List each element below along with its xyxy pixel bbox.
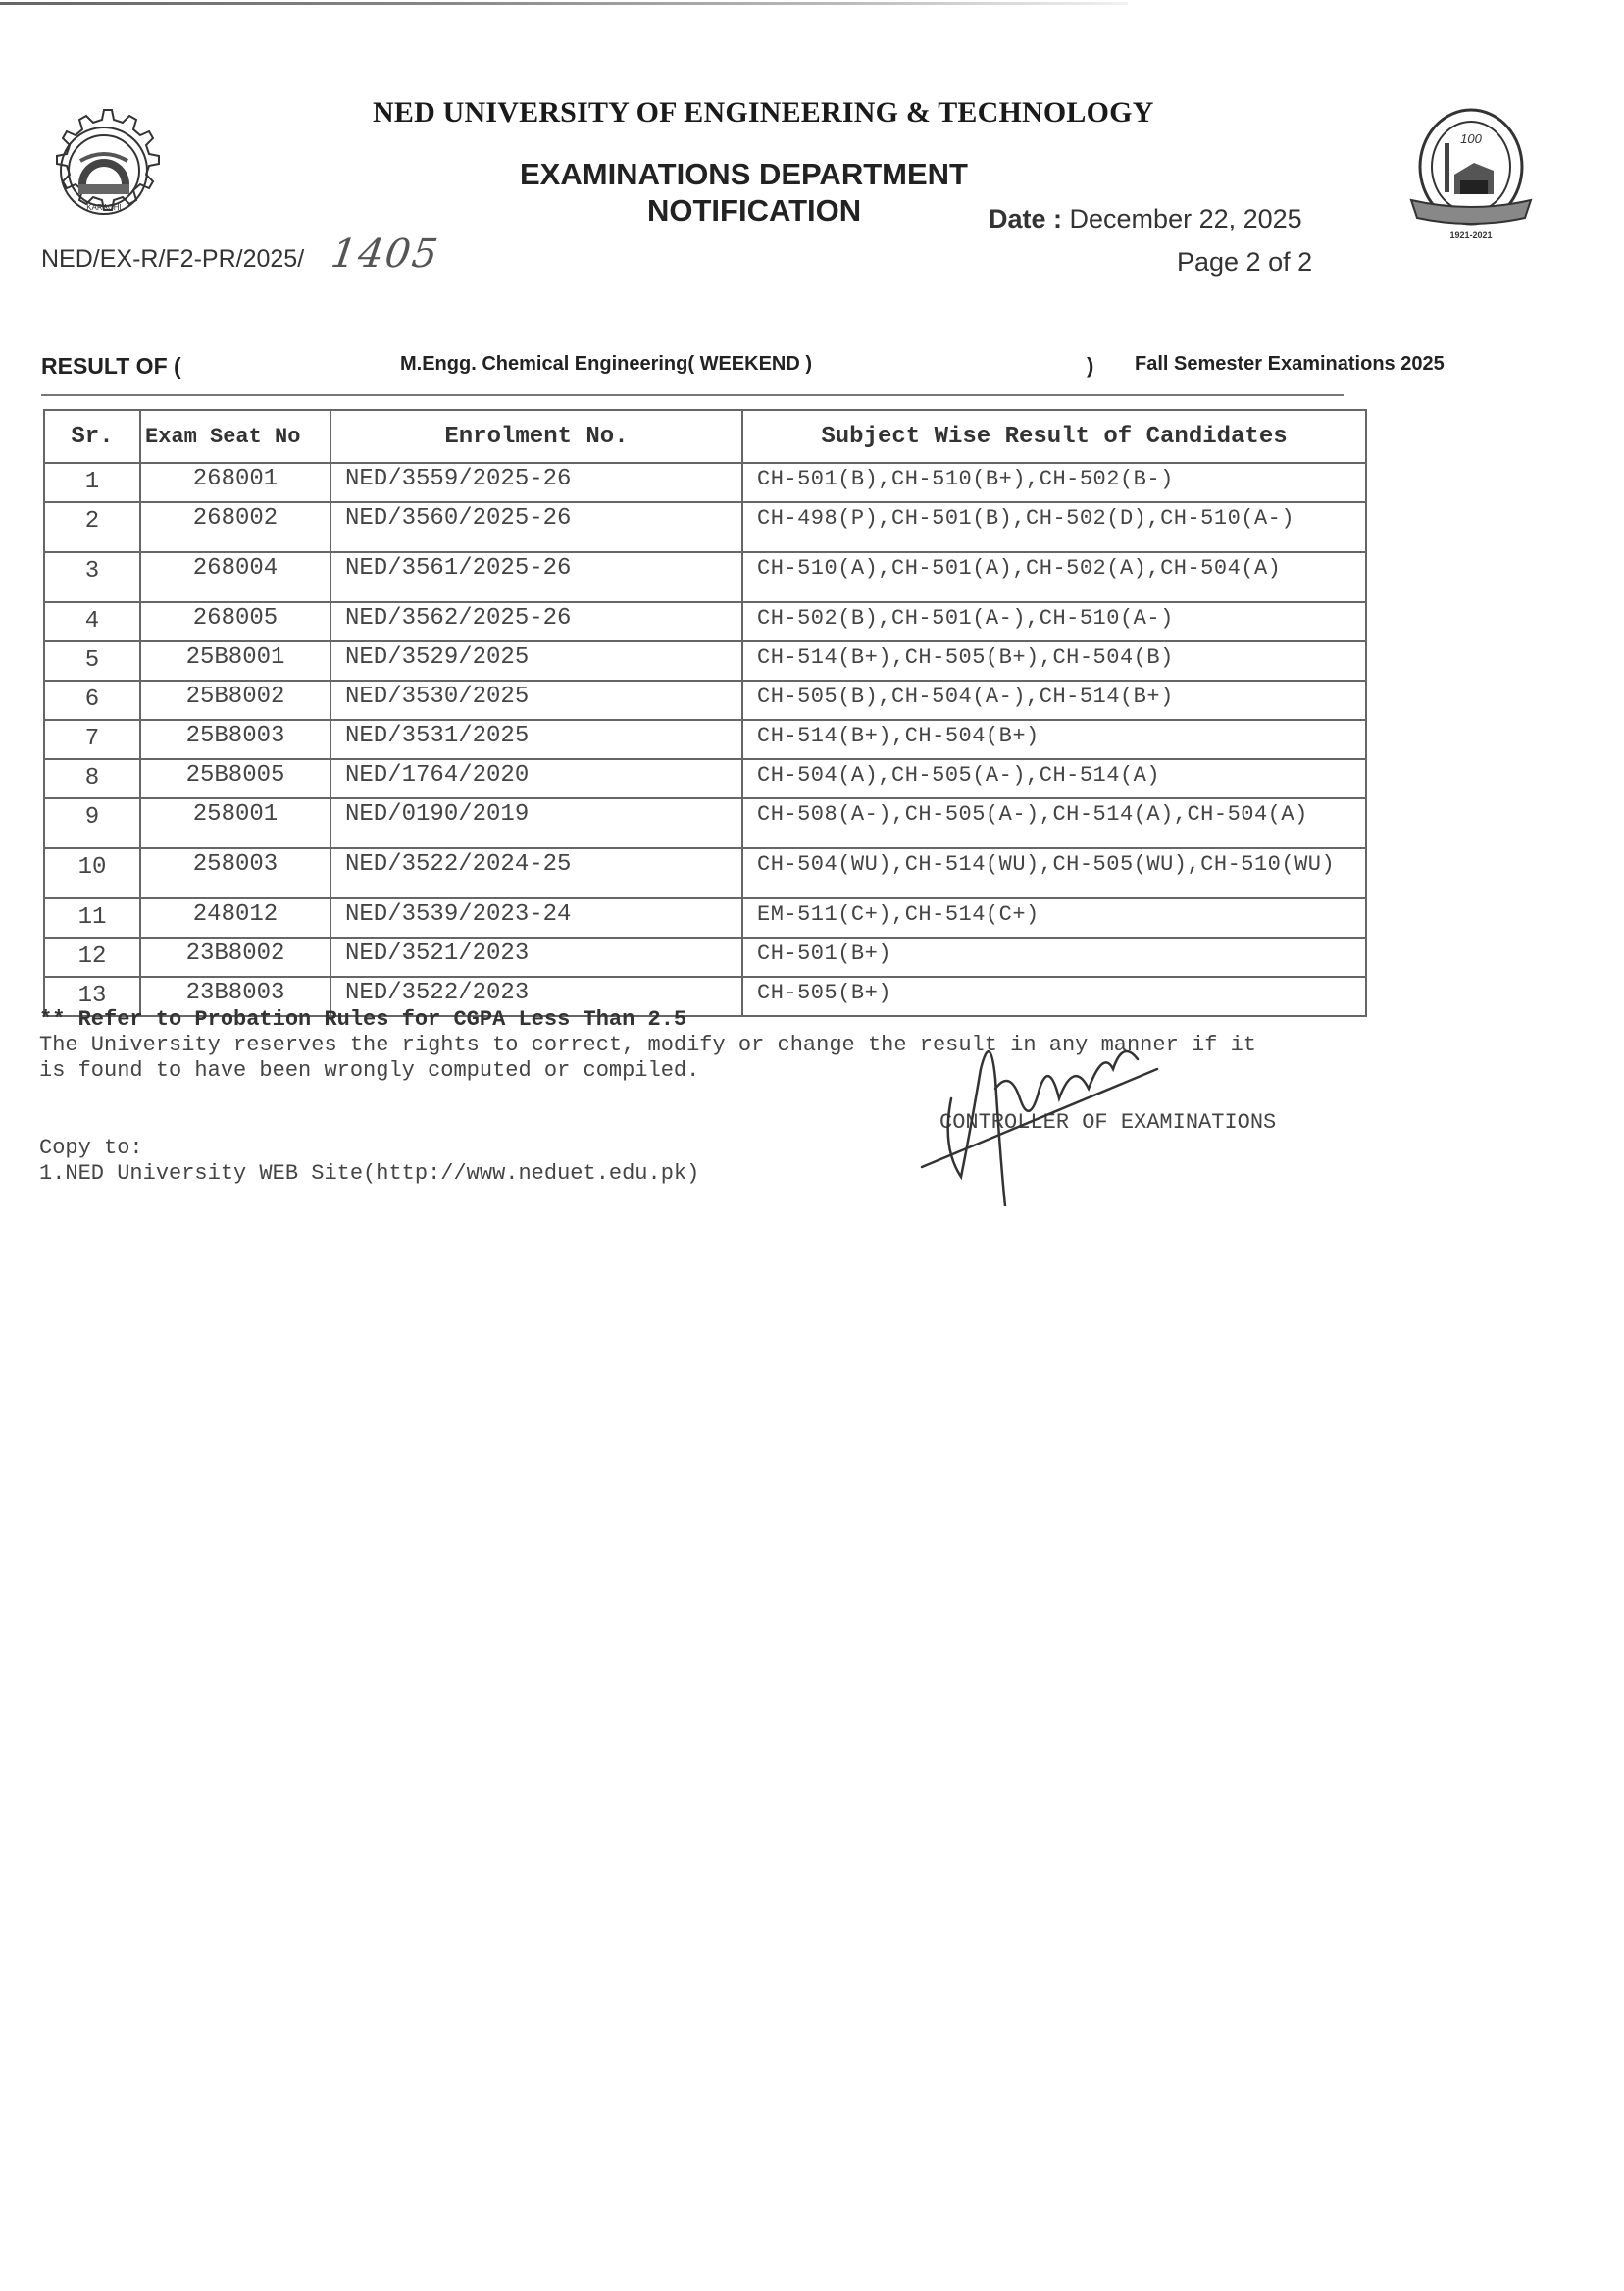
cell-result: CH-501(B+) [742, 938, 1366, 977]
cell-seat-no: 268002 [140, 502, 330, 552]
cell-enrolment: NED/3530/2025 [330, 681, 742, 720]
cell-seat-no: 25B8003 [140, 720, 330, 759]
result-of-close: ) [1087, 353, 1093, 379]
cell-result: CH-504(A),CH-505(A-),CH-514(A) [742, 759, 1366, 798]
page-number: Page 2 of 2 [1177, 247, 1312, 278]
cell-sr: 1 [44, 463, 140, 502]
cell-seat-no: 268001 [140, 463, 330, 502]
cell-sr: 7 [44, 720, 140, 759]
cell-enrolment: NED/3521/2023 [330, 938, 742, 977]
cell-enrolment: NED/3559/2025-26 [330, 463, 742, 502]
probation-note: ** Refer to Probation Rules for CGPA Les… [39, 1007, 686, 1032]
svg-text:1921-2021: 1921-2021 [1449, 230, 1492, 240]
cell-result: CH-498(P),CH-501(B),CH-502(D),CH-510(A-) [742, 502, 1366, 552]
cell-sr: 3 [44, 552, 140, 602]
signatory-title: CONTROLLER OF EXAMINATIONS [939, 1110, 1276, 1135]
cell-enrolment: NED/1764/2020 [330, 759, 742, 798]
table-row: 725B8003NED/3531/2025CH-514(B+),CH-504(B… [44, 720, 1366, 759]
table-row: 625B8002NED/3530/2025CH-505(B),CH-504(A-… [44, 681, 1366, 720]
table-row: 3268004NED/3561/2025-26CH-510(A),CH-501(… [44, 552, 1366, 602]
cell-seat-no: 25B8005 [140, 759, 330, 798]
table-row: 525B8001NED/3529/2025CH-514(B+),CH-505(B… [44, 641, 1366, 681]
cell-sr: 5 [44, 641, 140, 681]
ned-centenary-seal-icon: 100 1921-2021 [1397, 106, 1545, 253]
date-line: Date : December 22, 2025 [989, 204, 1302, 234]
program-name: M.Engg. Chemical Engineering( WEEKEND ) [400, 353, 812, 376]
table-row: 11248012NED/3539/2023-24EM-511(C+),CH-51… [44, 898, 1366, 938]
table-header-row: Sr. Exam Seat No Enrolment No. Subject W… [44, 410, 1366, 463]
cell-enrolment: NED/3539/2023-24 [330, 898, 742, 938]
cell-sr: 4 [44, 602, 140, 641]
university-name: NED UNIVERSITY OF ENGINEERING & TECHNOLO… [373, 96, 1154, 129]
table-row: 4268005NED/3562/2025-26CH-502(B),CH-501(… [44, 602, 1366, 641]
table-row: 1268001NED/3559/2025-26CH-501(B),CH-510(… [44, 463, 1366, 502]
cell-seat-no: 258003 [140, 848, 330, 898]
cell-enrolment: NED/3562/2025-26 [330, 602, 742, 641]
cell-result: CH-505(B),CH-504(A-),CH-514(B+) [742, 681, 1366, 720]
cell-sr: 12 [44, 938, 140, 977]
cell-seat-no: 258001 [140, 798, 330, 848]
cell-result: CH-510(A),CH-501(A),CH-502(A),CH-504(A) [742, 552, 1366, 602]
copy-to-item: 1.NED University WEB Site(http://www.ned… [39, 1161, 699, 1187]
cell-enrolment: NED/3529/2025 [330, 641, 742, 681]
cell-sr: 9 [44, 798, 140, 848]
cell-result: CH-508(A-),CH-505(A-),CH-514(A),CH-504(A… [742, 798, 1366, 848]
table-row: 825B8005NED/1764/2020CH-504(A),CH-505(A-… [44, 759, 1366, 798]
cell-result: CH-514(B+),CH-505(B+),CH-504(B) [742, 641, 1366, 681]
svg-text:100: 100 [1460, 131, 1482, 146]
cell-sr: 2 [44, 502, 140, 552]
cell-seat-no: 25B8002 [140, 681, 330, 720]
column-header-enrolment: Enrolment No. [330, 410, 742, 463]
ned-university-gear-seal-icon: KARACHI [39, 106, 169, 235]
date-label: Date : [989, 204, 1062, 233]
column-header-result: Subject Wise Result of Candidates [742, 410, 1366, 463]
date-value: December 22, 2025 [1070, 204, 1302, 233]
cell-sr: 10 [44, 848, 140, 898]
cell-enrolment: NED/3560/2025-26 [330, 502, 742, 552]
department-title: EXAMINATIONS DEPARTMENT [520, 157, 968, 192]
column-header-seat-no: Exam Seat No [140, 410, 330, 463]
reference-handwritten-number: 1405 [329, 231, 442, 277]
cell-result: CH-505(B+) [742, 977, 1366, 1016]
cell-enrolment: NED/3531/2025 [330, 720, 742, 759]
svg-text:KARACHI: KARACHI [86, 203, 122, 212]
cell-sr: 8 [44, 759, 140, 798]
reference-number: NED/EX-R/F2-PR/2025/ [41, 245, 304, 274]
cell-seat-no: 248012 [140, 898, 330, 938]
cell-result: CH-501(B),CH-510(B+),CH-502(B-) [742, 463, 1366, 502]
table-row: 2268002NED/3560/2025-26CH-498(P),CH-501(… [44, 502, 1366, 552]
table-row: 10258003NED/3522/2024-25CH-504(WU),CH-51… [44, 848, 1366, 898]
cell-seat-no: 23B8002 [140, 938, 330, 977]
cell-enrolment: NED/3561/2025-26 [330, 552, 742, 602]
copy-to-label: Copy to: [39, 1136, 699, 1161]
cell-seat-no: 268005 [140, 602, 330, 641]
cell-result: CH-514(B+),CH-504(B+) [742, 720, 1366, 759]
copy-to-section: Copy to: 1.NED University WEB Site(http:… [39, 1136, 699, 1187]
cell-sr: 6 [44, 681, 140, 720]
cell-result: CH-504(WU),CH-514(WU),CH-505(WU),CH-510(… [742, 848, 1366, 898]
cell-enrolment: NED/3522/2024-25 [330, 848, 742, 898]
scan-edge-line [0, 2, 1128, 5]
table-row: 1223B8002NED/3521/2023CH-501(B+) [44, 938, 1366, 977]
result-of-label: RESULT OF ( [41, 353, 181, 380]
column-header-sr: Sr. [44, 410, 140, 463]
exam-name: Fall Semester Examinations 2025 [1135, 353, 1445, 376]
disclaimer-text: The University reserves the rights to co… [39, 1033, 1451, 1084]
table-row: 9258001NED/0190/2019CH-508(A-),CH-505(A-… [44, 798, 1366, 848]
cell-seat-no: 268004 [140, 552, 330, 602]
results-table: Sr. Exam Seat No Enrolment No. Subject W… [43, 409, 1367, 1017]
cell-sr: 11 [44, 898, 140, 938]
notification-title: NOTIFICATION [647, 193, 861, 229]
divider [41, 394, 1344, 396]
cell-seat-no: 25B8001 [140, 641, 330, 681]
cell-result: CH-502(B),CH-501(A-),CH-510(A-) [742, 602, 1366, 641]
cell-enrolment: NED/0190/2019 [330, 798, 742, 848]
cell-result: EM-511(C+),CH-514(C+) [742, 898, 1366, 938]
